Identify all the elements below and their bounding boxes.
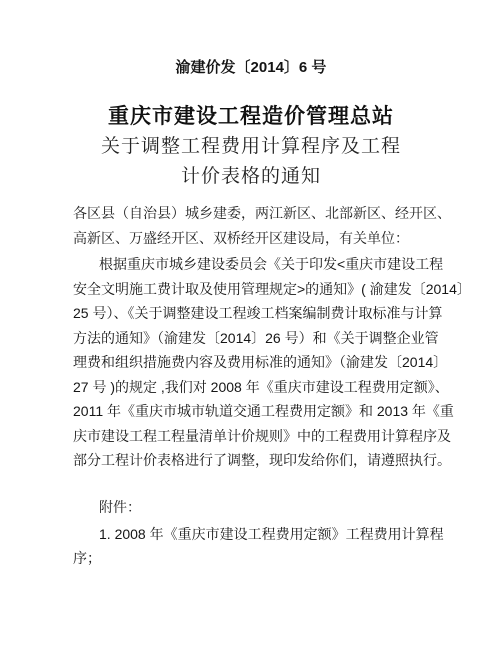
body-line-salutation-2: 高新区、万盛经开区、双桥经开区建设局，有关单位： [73,228,435,253]
body-line: 25 号）、《关于调整建设工程竣工档案编制费计取标准与计算 [73,301,435,326]
body-line: 根据重庆市城乡建设委员会《关于印发<重庆市建设工程 [73,252,435,277]
body-line: 部分工程计价表格进行了调整，现印发给你们，请遵照执行。 [73,448,435,473]
body-line: 理费和组织措施费内容及费用标准的通知》（渝建发〔2014〕 [73,350,435,375]
blank-line [73,473,435,498]
body-line: 安全文明施工费计取及使用管理规定>的通知》( 渝建发〔2014〕 [73,277,435,302]
attachment-item-1-cont: 序； [73,546,435,571]
organization-title: 重庆市建设工程造价管理总站 [0,100,502,134]
document-title-line-1: 关于调整工程费用计算程序及工程 [0,132,502,162]
body-line: 方法的通知》（渝建发〔2014〕26 号）和《关于调整企业管 [73,326,435,351]
document-page: 渝建价发〔2014〕6 号 重庆市建设工程造价管理总站 关于调整工程费用计算程序… [0,0,502,649]
document-body: 各区县（自治县）城乡建委，两江新区、北部新区、经开区、 高新区、万盛经开区、双桥… [73,203,435,571]
body-line: 27 号 )的规定 ,我们对 2008 年《重庆市建设工程费用定额》、 [73,375,435,400]
document-title-line-2: 计价表格的通知 [0,162,502,192]
body-line-salutation-1: 各区县（自治县）城乡建委，两江新区、北部新区、经开区、 [73,203,435,228]
body-line: 庆市建设工程工程量清单计价规则》中的工程费用计算程序及 [73,424,435,449]
attachment-item-1: 1. 2008 年《重庆市建设工程费用定额》工程费用计算程 [73,522,435,547]
document-title: 关于调整工程费用计算程序及工程 计价表格的通知 [0,132,502,192]
doc-number: 渝建价发〔2014〕6 号 [0,56,502,80]
body-line: 2011 年《重庆市城市轨道交通工程费用定额》和 2013 年《重 [73,399,435,424]
attachments-label: 附件： [73,497,435,522]
